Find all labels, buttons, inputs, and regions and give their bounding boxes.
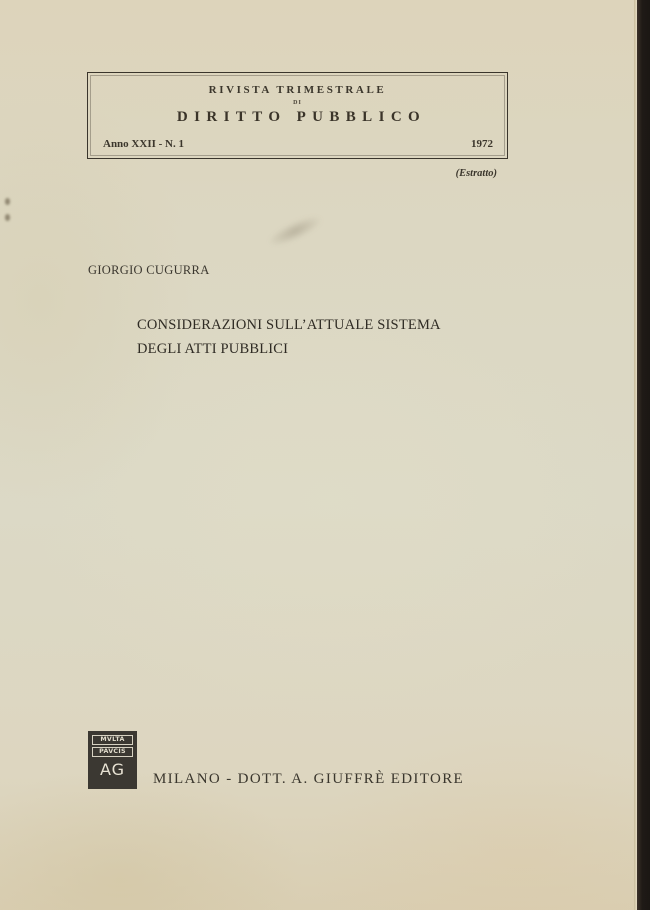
logo-initials: AG xyxy=(92,759,133,781)
logo-motto-line: MVLTA xyxy=(92,735,133,745)
author-name: GIORGIO CUGURRA xyxy=(88,263,210,278)
journal-series-line: RIVISTA TRIMESTRALE xyxy=(88,84,507,96)
publisher-logo-icon: MVLTA PAVCIS AG xyxy=(88,731,137,789)
journal-issue: Anno XXII - N. 1 xyxy=(103,138,184,150)
logo-motto-line: PAVCIS xyxy=(92,747,133,757)
journal-title: DIRITTO PUBBLICO xyxy=(88,109,507,126)
publisher-imprint: MILANO - DOTT. A. GIUFFRÈ EDITORE xyxy=(153,771,464,788)
article-title-line: DEGLI ATTI PUBBLICI xyxy=(137,337,441,361)
binding-hole-mark xyxy=(5,198,10,205)
scan-edge-shadow xyxy=(637,0,650,910)
article-title-line: CONSIDERAZIONI SULL’ATTUALE SISTEMA xyxy=(137,313,441,337)
paper-smudge xyxy=(264,210,326,252)
journal-masthead-box: RIVISTA TRIMESTRALE DI DIRITTO PUBBLICO … xyxy=(87,72,508,159)
offprint-label: (Estratto) xyxy=(456,168,497,179)
article-title: CONSIDERAZIONI SULL’ATTUALE SISTEMA DEGL… xyxy=(137,313,441,361)
journal-year: 1972 xyxy=(471,138,493,150)
binding-hole-mark xyxy=(5,214,10,221)
document-cover-page: RIVISTA TRIMESTRALE DI DIRITTO PUBBLICO … xyxy=(0,0,637,910)
journal-connector: DI xyxy=(88,100,507,106)
